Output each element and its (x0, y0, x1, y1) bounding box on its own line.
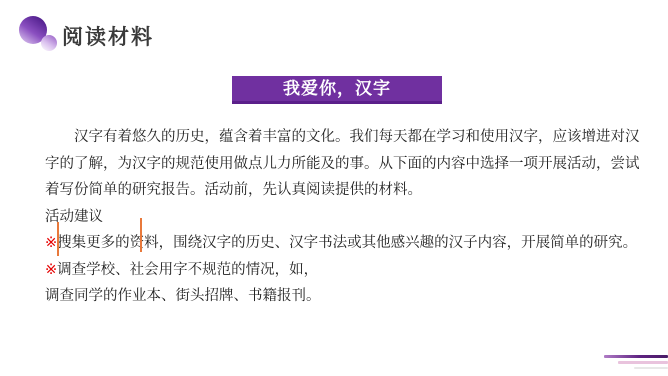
section-title-banner: 我爱你，汉字 (232, 76, 442, 104)
section-heading: 活动建议 (45, 204, 635, 231)
decor-line-purple (604, 355, 668, 358)
paragraph-line-1: 汉字有着悠久的历史，蕴含着丰富的文化。我们每天都在学习和使用汉字，应该增进对汉 (45, 124, 635, 151)
reference-mark-icon: ※ (45, 262, 57, 278)
presentation-slide: 阅读材料 我爱你，汉字 汉字有着悠久的历史，蕴含着丰富的文化。我们每天都在学习和… (0, 0, 668, 376)
slide-header-title: 阅读材料 (62, 21, 154, 51)
annotation-stroke-1 (57, 222, 59, 256)
suggestion-text-1: 搜集更多的资料，围绕汉字的历史、汉字书法或其他感兴趣的汉子内容，开展简单的研究。 (57, 235, 637, 251)
banner-title: 我爱你，汉字 (283, 80, 391, 98)
paragraph-line-3: 着写份简单的研究报告。活动前，先认真阅读提供的材料。 (45, 177, 635, 204)
decor-line-gray (634, 367, 668, 369)
paragraph-line-2: 字的了解，为汉字的规范使用做点儿力所能及的事。从下面的内容中选择一项开展活动，尝… (45, 151, 635, 178)
annotation-stroke-2 (140, 218, 142, 252)
continuation-line: 调查同学的作业本、街头招牌、书籍报刊。 (45, 283, 635, 310)
suggestion-line-2: ※调查学校、社会用字不规范的情况，如， (45, 257, 635, 284)
body-text-block: 汉字有着悠久的历史，蕴含着丰富的文化。我们每天都在学习和使用汉字，应该增进对汉 … (45, 124, 635, 310)
suggestion-text-2: 调查学校、社会用字不规范的情况，如， (57, 262, 318, 278)
decor-line-pink (618, 361, 668, 364)
logo-circle-small-icon (41, 35, 57, 51)
reference-mark-icon: ※ (45, 235, 57, 251)
suggestion-line-1: ※搜集更多的资料，围绕汉字的历史、汉字书法或其他感兴趣的汉子内容，开展简单的研究… (45, 230, 635, 257)
